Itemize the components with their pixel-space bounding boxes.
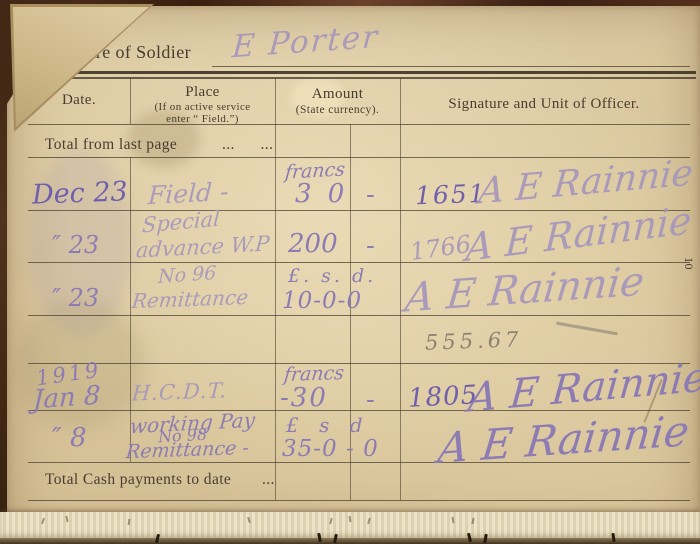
entry-date: Jan 8: [33, 381, 101, 416]
entry-place: No 96: [158, 262, 217, 288]
entry-amount: 10-0-0: [282, 288, 362, 314]
column-header-amount-note: (State currency).: [275, 104, 400, 116]
entry-currency: £ s d: [286, 413, 370, 437]
column-header-place: Place: [130, 84, 275, 101]
entry-amount-sub: -: [366, 385, 375, 415]
entry-place-3: Remittance -: [125, 437, 250, 463]
rule-vertical: [400, 78, 401, 500]
entry-amount: 3 0: [295, 179, 348, 209]
column-header-officer: Signature and Unit of Officer.: [400, 96, 688, 113]
entry-amount: -30: [280, 383, 328, 413]
entry-place: H.C.D.T.: [131, 378, 228, 405]
entry-date: ″ 23: [52, 284, 99, 312]
column-header-amount: Amount: [275, 86, 400, 103]
entry-place: Field -: [147, 177, 229, 210]
rule-vertical: [275, 78, 276, 500]
total-from-last-page-dots: ... ...: [222, 136, 273, 154]
total-cash-payments-dots: ...: [262, 471, 275, 489]
entry-date: ″ 23: [52, 231, 99, 259]
entry-amount: 35-0 - 0: [282, 436, 379, 462]
entry-amount-sub: -: [366, 231, 375, 261]
rule-vertical: [130, 78, 131, 124]
double-rule-bottom: [28, 77, 696, 79]
entry-place-2: Remittance: [131, 285, 250, 313]
entry-currency: £. s. d.: [288, 265, 376, 287]
entry-date: Dec 23: [31, 176, 128, 210]
signature-underline: [212, 66, 690, 67]
column-header-place-note1: (If on active service: [130, 101, 275, 113]
paybook-scan: Signature of Soldier E Porter Date. Plac…: [0, 0, 700, 544]
rule-horizontal: [28, 500, 690, 501]
total-from-last-page-label: Total from last page: [45, 136, 177, 154]
rule-horizontal: [28, 315, 690, 316]
rule-horizontal: [28, 157, 690, 158]
rule-horizontal: [28, 124, 690, 125]
total-cash-payments-label: Total Cash payments to date: [45, 471, 231, 489]
side-page-number: 10: [681, 257, 696, 270]
pencil-total-note: 555.67: [425, 327, 523, 354]
entry-amount: 200: [288, 229, 338, 259]
entry-date: ″ 8: [52, 423, 87, 453]
entry-amount-sub: -: [366, 180, 375, 210]
double-rule-top: [28, 71, 696, 74]
binding-bottom-edge: [0, 538, 700, 544]
